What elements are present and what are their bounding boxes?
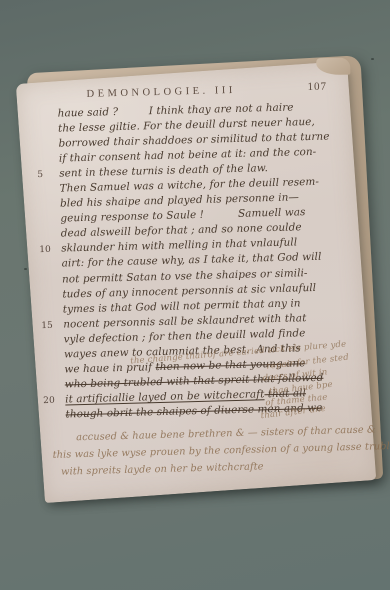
line-number — [36, 138, 58, 141]
line-number — [39, 228, 61, 231]
page-number: 107 — [307, 81, 327, 94]
line-number — [38, 213, 60, 216]
line-number — [40, 288, 62, 291]
line-number: 15 — [41, 318, 63, 331]
line-number — [54, 432, 76, 435]
line-number — [36, 123, 58, 126]
page-content: DEMONOLOGIE. III 107 haue said ? I think… — [23, 68, 366, 497]
line-number — [38, 183, 60, 186]
line-number — [40, 273, 62, 276]
dust-speck — [24, 268, 27, 270]
line-number — [42, 348, 64, 351]
line-segment: accused & haue bene brethren & — sisters… — [76, 424, 376, 443]
line-number: 5 — [37, 168, 59, 181]
line-number — [31, 450, 53, 453]
line-number — [43, 378, 65, 381]
line-number — [42, 363, 64, 366]
line-number — [40, 258, 62, 261]
manuscript-page: DEMONOLOGIE. III 107 haue said ? I think… — [16, 61, 376, 503]
line-number — [37, 153, 59, 156]
line-number: 20 — [43, 393, 65, 406]
header-title: DEMONOLOGIE. III — [35, 82, 341, 101]
line-number — [39, 467, 61, 470]
manuscript-lines: haue said ? I think thay are not a haire… — [36, 100, 352, 484]
dust-speck — [371, 58, 374, 60]
line-number — [43, 408, 65, 411]
line-number — [36, 108, 58, 111]
line-number — [41, 303, 63, 306]
photo-background: DEMONOLOGIE. III 107 haue said ? I think… — [0, 0, 390, 590]
line-number — [41, 333, 63, 336]
line-number: 10 — [39, 243, 61, 256]
line-number — [38, 198, 60, 201]
line-text: accused & haue bene brethren & — sisters… — [76, 424, 376, 443]
